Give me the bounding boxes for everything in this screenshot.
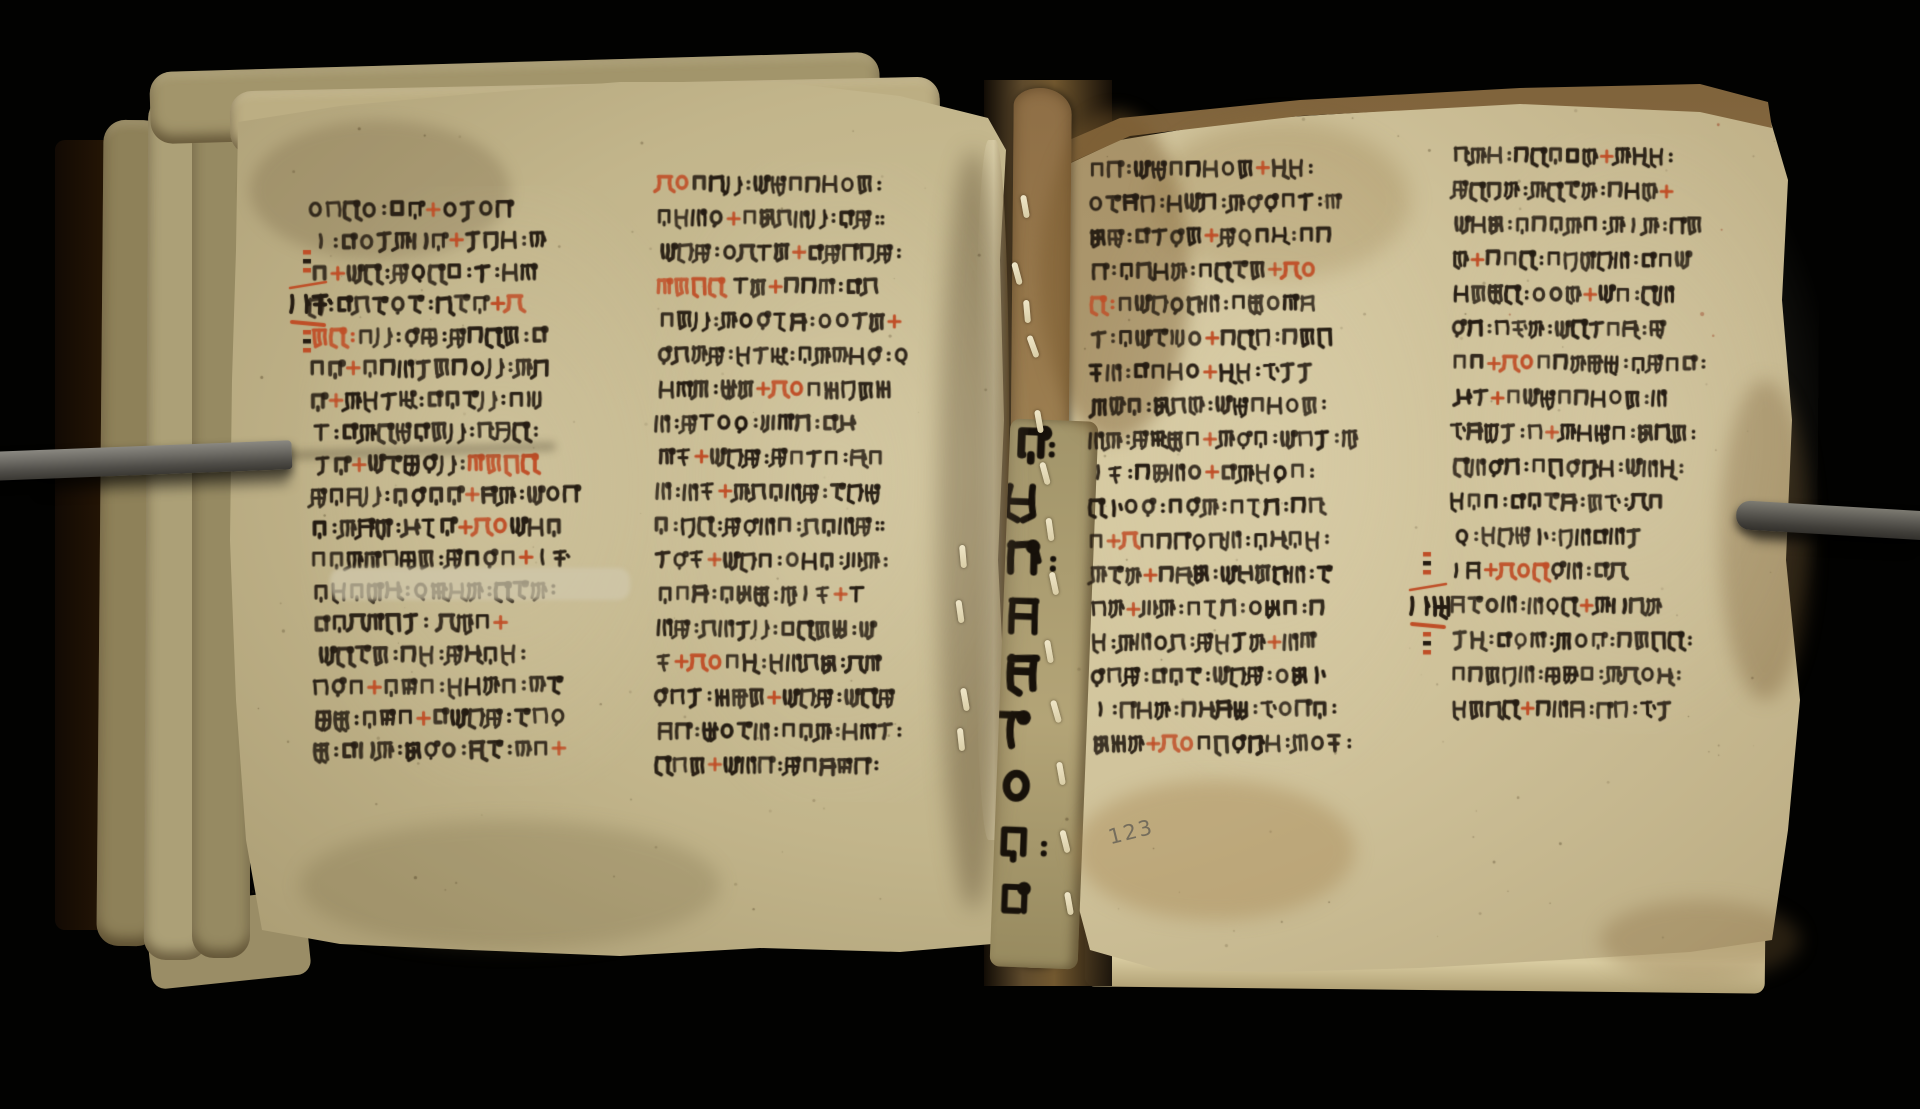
manuscript-photograph: 123 bbox=[0, 0, 1920, 1109]
text-column-right-b bbox=[1444, 133, 1820, 736]
erased-line-smudge bbox=[330, 568, 630, 600]
chapter-number-marker-left bbox=[284, 246, 332, 386]
text-column-left-b bbox=[646, 161, 1029, 803]
chapter-number-marker-right bbox=[1404, 548, 1452, 708]
